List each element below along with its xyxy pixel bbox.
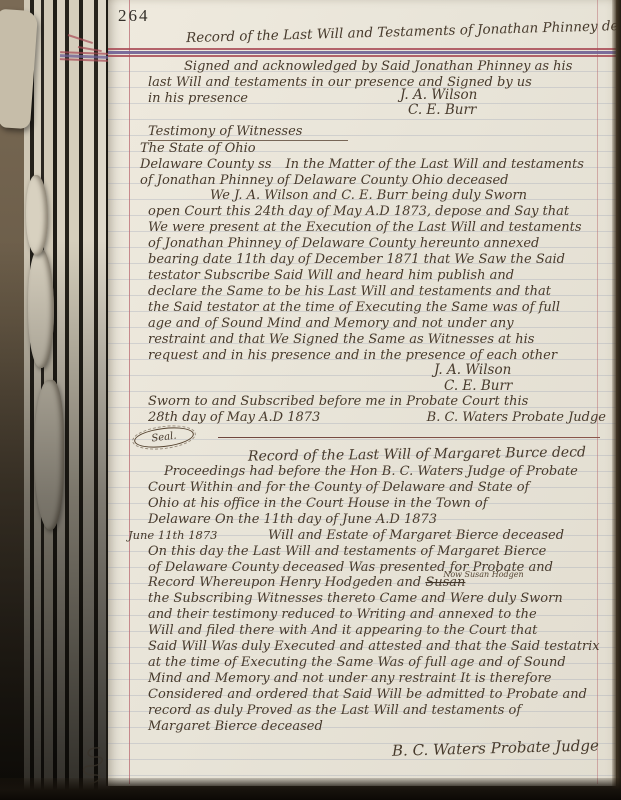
- docket-entry-row: June 11th 1873 Will and Estate of Margar…: [148, 528, 606, 544]
- signature: J. A. Wilson: [434, 363, 606, 379]
- manuscript-line: last Will and testaments in our presence…: [148, 75, 606, 91]
- signature: C. E. Burr: [444, 379, 606, 395]
- scanned-ledger-page: 264 Record of the Last Will and Testamen…: [0, 0, 621, 800]
- manuscript-line: restraint and that We Signed the Same as…: [148, 332, 606, 348]
- signature: J. A. Wilson: [400, 88, 477, 103]
- manuscript-line: declare the Same to be his Last Will and…: [148, 284, 606, 300]
- manuscript-line: age and of Sound Mind and Memory and not…: [148, 316, 606, 332]
- section-divider-line: [218, 437, 600, 439]
- ledger-page: 264 Record of the Last Will and Testamen…: [106, 0, 616, 786]
- manuscript-line: Said Will Was duly Executed and attested…: [148, 639, 606, 655]
- manuscript-line: of Jonathan Phinney of Delaware County h…: [148, 236, 606, 252]
- manuscript-line: of Jonathan Phinney of Delaware County O…: [140, 173, 606, 189]
- ruling-band-continuation: [60, 51, 108, 62]
- manuscript-line: testator Subscribe Said Will and heard h…: [148, 268, 606, 284]
- manuscript-line: bearing date 11th day of December 1871 t…: [148, 252, 606, 268]
- manuscript-line: In the Matter of the Last Will and testa…: [286, 157, 584, 173]
- book-bottom-edge: [0, 778, 621, 800]
- manuscript-line: at the time of Executing the Same Was of…: [148, 655, 606, 671]
- entry-title: Will and Estate of Margaret Bierce decea…: [268, 528, 564, 544]
- attestation-signature-row: in his presence J. A. Wilson C. E. Burr: [148, 91, 606, 122]
- manuscript-line: Signed and acknowledged by Said Jonathan…: [148, 59, 606, 75]
- manuscript-line: Delaware On the 11th day of June A.D 187…: [148, 512, 606, 528]
- struck-word: Susan Now Susan Hodgen: [425, 575, 465, 590]
- manuscript-line: record as duly Proved as the Last Will a…: [148, 703, 606, 719]
- left-margin-rule: [129, 0, 130, 784]
- manuscript-line: Margaret Bierce deceased: [148, 719, 606, 735]
- interlineation-note: Now Susan Hodgen: [443, 567, 523, 583]
- manuscript-line: Mind and Memory and not under any restra…: [148, 671, 606, 687]
- judge-signature: B. C. Waters Probate Judge: [427, 410, 606, 426]
- manuscript-line: and their testimony reduced to Writing a…: [148, 607, 606, 623]
- manuscript-line: We were present at the Execution of the …: [148, 220, 606, 236]
- seal-label: Seal.: [151, 428, 178, 447]
- manuscript-line: the Said testator at the time of Executi…: [148, 300, 606, 316]
- stack-shadow: [0, 0, 110, 800]
- witness-signatures: J. A. Wilson C. E. Burr: [400, 88, 477, 118]
- record-title-phinney: Record of the Last Will and Testaments o…: [186, 18, 621, 46]
- manuscript-line: the Subscribing Witnesses thereto Came a…: [148, 591, 606, 607]
- manuscript-line: open Court this 24th day of May A.D 1873…: [148, 204, 606, 220]
- manuscript-line: Court Within and for the County of Delaw…: [148, 480, 606, 496]
- manuscript-line: On this day the Last Will and testaments…: [148, 544, 606, 560]
- amended-line: Record Whereupon Henry Hodgeden and Susa…: [148, 575, 606, 591]
- judge-signature: B. C. Waters Probate Judge: [392, 738, 606, 760]
- manuscript-line: in his presence: [148, 91, 248, 107]
- manuscript-line: Record Whereupon Henry Hodgeden and: [148, 575, 421, 590]
- page-number: 264: [118, 6, 150, 26]
- manuscript-line: We J. A. Wilson and C. E. Burr being dul…: [148, 188, 606, 204]
- county-venue: Delaware County ss: [140, 157, 272, 173]
- testimony-heading: Testimony of Witnesses: [148, 124, 348, 141]
- manuscript-line: of Delaware County deceased Was presente…: [148, 560, 606, 576]
- manuscript-line: Sworn to and Subscribed before me in Pro…: [148, 394, 606, 410]
- header-ruling-band: [108, 48, 616, 57]
- signature: C. E. Burr: [408, 103, 477, 118]
- manuscript-line: Will and filed there with And it appeari…: [148, 623, 606, 639]
- manuscript-line: Considered and ordered that Said Will be…: [148, 687, 606, 703]
- manuscript-line: Proceedings had before the Hon B. C. Wat…: [148, 464, 606, 480]
- entry-date: June 11th 1873: [128, 528, 240, 544]
- witness-signatures: J. A. Wilson C. E. Burr: [434, 363, 606, 394]
- page-right-edge-shadow: [612, 0, 621, 800]
- manuscript-line: Ohio at his office in the Court House in…: [148, 496, 606, 512]
- manuscript-line: The State of Ohio: [140, 141, 606, 157]
- manuscript-body: Signed and acknowledged by Said Jonathan…: [148, 59, 606, 756]
- manuscript-line: request and in his presence and in the p…: [148, 348, 606, 364]
- sworn-date: 28th day of May A.D 1873: [148, 410, 320, 426]
